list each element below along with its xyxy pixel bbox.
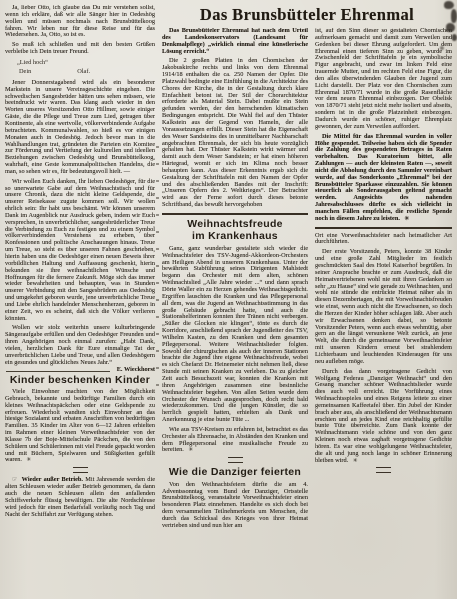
letter-paragraph: Ja, lieber Otto, ich glaube das Du mir v… bbox=[5, 5, 155, 39]
section-divider bbox=[228, 457, 243, 463]
danziger-final-text: Durch das dann vorgetragene Gedicht von … bbox=[315, 368, 452, 464]
end-ornament-icon: ✳ bbox=[350, 458, 358, 464]
ehrenmal-intro: Das Brunsbütteler Ehrenmal hat nach dem … bbox=[162, 28, 308, 55]
funding-text: Die Mittel für das Ehrenmal wurden in vo… bbox=[315, 133, 452, 222]
betrieb-body-text: Mit Jahresende werden die alten Schleuse… bbox=[5, 476, 155, 517]
krankenhaus-body: Ganz, ganz wunderbar gestaltete sich wie… bbox=[162, 246, 308, 424]
ehrenmal-right-column: ist, auf den Sinn dieser so gestalteten … bbox=[315, 28, 452, 131]
danziger-paragraph: Der erste Vorsitzende, Peters, konnte 38… bbox=[315, 249, 452, 365]
section-rule-thick bbox=[315, 227, 452, 229]
author-signature: E. Wieckhorst bbox=[110, 367, 155, 374]
page-grid: Ja, lieber Otto, ich glaube das Du mir v… bbox=[0, 0, 457, 599]
scan-artifact bbox=[452, 34, 457, 41]
section-divider bbox=[73, 467, 88, 473]
scan-gutter-specks bbox=[156, 146, 159, 398]
column-right: ist, auf den Sinn dieser so gestalteten … bbox=[315, 28, 452, 599]
letter-song-line: „Lied hoch“ bbox=[5, 59, 155, 66]
scan-artifact bbox=[444, 1, 454, 9]
scan-artifact bbox=[446, 23, 455, 32]
section-rule bbox=[6, 371, 110, 372]
end-ornament-icon: ✳ bbox=[401, 216, 409, 222]
scan-artifact bbox=[440, 46, 444, 50]
letter-paragraph: So muß ich schließen und mit den besten … bbox=[5, 42, 155, 56]
krankenhaus-note: Wie aus TSV-Kreisen zu erfahren ist, bet… bbox=[162, 427, 308, 454]
letter-closing-text: Wollen wir stolz weiterhin unsere kultur… bbox=[5, 324, 155, 365]
column-left: Ja, lieber Otto, ich glaube das Du mir v… bbox=[5, 5, 155, 599]
danziger-continuation: Ort eine Vorweihnachtsfeier nach heimatl… bbox=[315, 233, 452, 247]
krankenhaus-headline-line2: im Krankenhaus bbox=[162, 231, 308, 243]
kinder-headline: Kinder beschenken Kinder bbox=[5, 375, 155, 387]
letter-paragraph: Wollen wir stolz weiterhin unsere kultur… bbox=[5, 325, 155, 366]
danziger-paragraph: Durch das dann vorgetragene Gedicht von … bbox=[315, 369, 452, 465]
scan-artifact bbox=[451, 9, 457, 23]
ehrenmal-left-column: Die 2 großen Platten in den Chornischen … bbox=[162, 58, 308, 209]
letter-paragraph: Wir wollen Euch danken, Ihr lieben Oedes… bbox=[5, 179, 155, 323]
krankenhaus-headline-line1: Weihnachtsfreude bbox=[162, 219, 308, 231]
section-divider bbox=[376, 467, 391, 473]
newspaper-page: Ja, lieber Otto, ich glaube das Du mir v… bbox=[0, 0, 457, 599]
letter-paragraph: Jener Donnerstagabend wird als ein beson… bbox=[5, 80, 155, 176]
kinder-body-text: Viele Einwohner machten von der Möglichk… bbox=[5, 388, 155, 463]
section-rule-thick bbox=[162, 213, 308, 215]
krankenhaus-note-text: Wie aus TSV-Kreisen zu erfahren ist, bet… bbox=[162, 426, 308, 454]
kinder-body: Viele Einwohner machten von der Möglichk… bbox=[5, 389, 155, 464]
signoff-olaf: Olaf. bbox=[77, 68, 90, 75]
danziger-start: Von den Weihnachtsfeiern dürfte die am 4… bbox=[162, 482, 308, 530]
betrieb-note: ☞ Wieder außer Betrieb. Mit Jahresende w… bbox=[5, 477, 155, 518]
danziger-headline: Wie die Danziger feierten bbox=[162, 467, 308, 479]
letter-signoff: Dein Olaf. bbox=[5, 68, 155, 75]
end-ornament-icon: ✳ bbox=[185, 447, 193, 453]
signoff-dein: Dein bbox=[19, 68, 31, 75]
main-headline: Das Brunsbütteler Ehrenmal bbox=[200, 5, 414, 24]
manicule-icon: ☞ bbox=[12, 477, 19, 483]
column-middle: Das Brunsbütteler Ehrenmal hat nach dem … bbox=[162, 28, 308, 599]
end-ornament-icon: ✳ bbox=[24, 457, 32, 463]
ehrenmal-funding-note: Die Mittel für das Ehrenmal wurden in vo… bbox=[315, 134, 452, 223]
headline-area: Das Brunsbütteler Ehrenmal bbox=[162, 5, 452, 28]
